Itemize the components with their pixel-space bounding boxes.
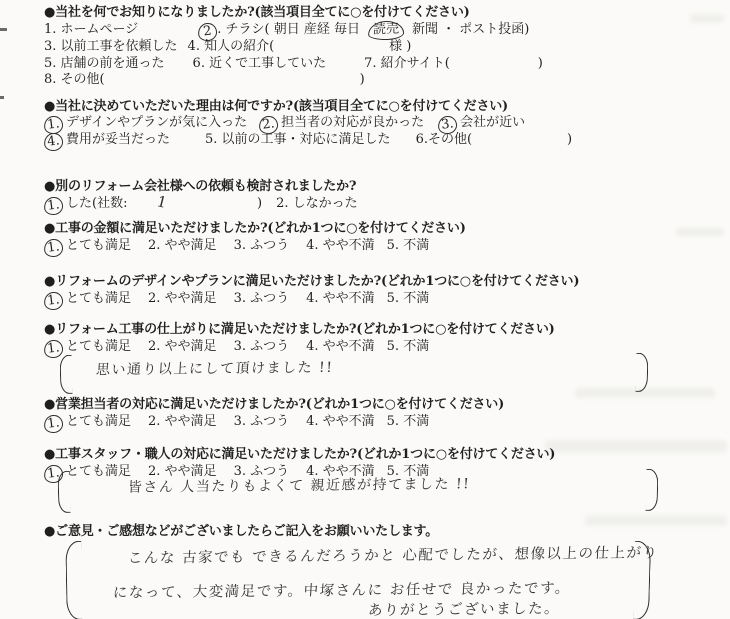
q4-option-4: 4. やや不満 xyxy=(306,237,375,254)
q7-option-2: 2. やや満足 xyxy=(148,413,217,430)
q5-option-2: 2. やや満足 xyxy=(148,290,217,307)
q2-options-row-2: 4.費用が妥当だった5. 以前の工事・対応に満足した6.その他() xyxy=(44,131,572,151)
scan-smudge xyxy=(545,440,727,453)
q6-option-1-number: 1. xyxy=(46,340,60,356)
q5-option-1: とても満足 xyxy=(66,290,131,307)
q8-title: ●工事スタッフ・職人の対応に満足いただけましたか?(どれか1つに○を付けてくださ… xyxy=(44,446,555,463)
q1-options-row-2: 3. 以前工事を依頼した4. 知人の紹介(様 ) xyxy=(44,38,411,55)
q4-selected-circled-number: 1. xyxy=(43,238,64,258)
scan-edge-mark xyxy=(0,96,4,99)
q1-option-5: 5. 店舗の前を通った xyxy=(44,55,165,72)
q1-option-2-rest: 新聞 ・ ポスト投函) xyxy=(412,21,529,38)
q3-option-1-close: ) xyxy=(257,195,262,212)
q7-option-1: とても満足 xyxy=(66,413,131,430)
q6-option-2: 2. やや満足 xyxy=(148,338,217,355)
q5-option-4: 4. やや不満 xyxy=(306,290,375,307)
q3-option-1-number: 1. xyxy=(46,197,60,213)
q6-selected-circled-number: 1. xyxy=(43,339,64,359)
q1-option-2-label: . チラシ( 朝日 産経 毎日 xyxy=(217,21,360,38)
q6-handwritten-note: 思い通り以上にして頂けました !! xyxy=(95,360,333,379)
q5-options-row: 1.とても満足2. やや満足3. ふつう4. やや不満5. 不満 xyxy=(44,290,429,310)
q5-selected-circled-number: 1. xyxy=(43,291,64,311)
q4-option-2: 2. やや満足 xyxy=(148,237,217,254)
q1-option-3: 3. 以前工事を依頼した xyxy=(44,38,178,55)
q1-option-7-close: ) xyxy=(538,55,543,72)
q6-title: ●リフォーム工事の仕上がりに満足いただけましたか?(どれか1つに○を付けてくださ… xyxy=(44,321,555,338)
q7-selected-circled-number: 1. xyxy=(43,414,64,434)
q6-note-open-bracket xyxy=(59,355,72,394)
q1-option-6: 6. 近くで工事していた xyxy=(193,55,327,72)
scan-smudge xyxy=(690,14,724,23)
q7-option-5: 5. 不満 xyxy=(387,413,430,430)
q1-options-row-3: 5. 店舗の前を通った6. 近くで工事していた7. 紹介サイト() xyxy=(44,55,543,72)
q8-option-1: とても満足 xyxy=(66,463,131,480)
q8-option-2: 2. やや満足 xyxy=(148,463,217,480)
q5-title: ●リフォームのデザインやプランに満足いただけましたか?(どれか1つに○を付けてく… xyxy=(44,273,579,290)
scanned-survey-page: ●当社を何でお知りになりましたか?(該当項目全てに○を付けてください) 1. ホ… xyxy=(0,0,730,619)
q6-option-4: 4. やや不満 xyxy=(306,338,375,355)
q2-option-1-label: デザインやプランが気に入った xyxy=(66,114,247,131)
q1-options-row-4: 8. その他() xyxy=(44,71,365,88)
q9-comment-line-1: こんな 古家でも できるんだろうかと 心配でしたが、想像以上の仕上がり xyxy=(127,545,659,568)
q6-note-close-bracket xyxy=(635,353,648,392)
q6-option-1: とても満足 xyxy=(66,338,131,355)
q1-option-8-close: ) xyxy=(360,71,365,88)
q7-options-row: 1.とても満足2. やや満足3. ふつう4. やや不満5. 不満 xyxy=(44,413,429,433)
q5-option-1-number: 1. xyxy=(46,292,60,308)
q1-option-7: 7. 紹介サイト( xyxy=(364,55,450,72)
q3-option-2: 2. しなかった xyxy=(276,195,358,212)
q6-option-3: 3. ふつう xyxy=(234,338,290,355)
q1-yomiuri-label: 読売 xyxy=(373,22,400,38)
q6-options-row: 1.とても満足2. やや満足3. ふつう4. やや不満5. 不満 xyxy=(44,338,429,358)
q6-option-5: 5. 不満 xyxy=(387,338,430,355)
q2-option-5: 5. 以前の工事・対応に満足した xyxy=(205,131,391,148)
scan-smudge xyxy=(585,515,727,526)
q3-title: ●別のリフォーム会社様への依頼も検討されましたか? xyxy=(44,178,356,195)
q8-note-open-bracket xyxy=(57,471,70,513)
q2-option-6: 6.その他( xyxy=(416,131,472,148)
q2-option-4-number: 4. xyxy=(46,133,60,149)
q2-option-4-circled-number: 4. xyxy=(43,132,64,152)
q5-option-3: 3. ふつう xyxy=(234,290,290,307)
q4-options-row: 1.とても満足2. やや満足3. ふつう4. やや不満5. 不満 xyxy=(44,237,429,257)
q2-option-6-close: ) xyxy=(567,131,572,148)
q1-option-1: 1. ホームページ xyxy=(44,21,138,38)
scan-smudge xyxy=(575,388,715,398)
q4-option-1: とても満足 xyxy=(66,237,131,254)
q8-handwritten-note: 皆さん 人当たりもよくて 親近感が持てました !! xyxy=(127,476,470,497)
q9-comment-line-2: になって、大変満足です。中塚さんに お任せで 良かったです。 xyxy=(112,581,571,603)
q4-option-5: 5. 不満 xyxy=(387,237,430,254)
q7-option-1-number: 1. xyxy=(46,415,60,431)
q7-option-3: 3. ふつう xyxy=(234,413,290,430)
q3-option-1-circled-number: 1. xyxy=(43,196,64,216)
q2-option-4-label: 費用が妥当だった xyxy=(66,131,170,148)
q9-comment-line-3: ありがとうございました。 xyxy=(367,601,560,619)
q1-option-8: 8. その他( xyxy=(44,71,105,88)
q7-title: ●営業担当者の対応に満足いただけましたか?(どれか1つに○を付けてください) xyxy=(44,396,504,413)
q2-option-3-label: 会社が近い xyxy=(460,114,525,131)
q3-options-row: 1.した(社数:1)2. しなかった xyxy=(44,194,358,215)
q4-option-3: 3. ふつう xyxy=(234,237,290,254)
q3-option-1-label: した(社数: xyxy=(66,195,127,212)
q9-comment-open-paren xyxy=(65,541,82,619)
q1-option-4-suffix: 様 ) xyxy=(389,38,411,55)
q9-title: ●ご意見・ご感想などがございましたらご記入をお願いいたします。 xyxy=(44,523,438,540)
q1-option-4: 4. 知人の紹介( xyxy=(188,38,275,55)
q7-option-4: 4. やや不満 xyxy=(306,413,375,430)
q3-company-count-handwritten: 1 xyxy=(156,193,169,212)
q4-option-1-number: 1. xyxy=(46,239,60,255)
q8-note-close-bracket xyxy=(645,469,658,511)
q4-title: ●工事の金額に満足いただけましたか?(どれか1つに○を付けてください) xyxy=(44,220,466,237)
scan-smudge xyxy=(676,228,724,236)
q2-title: ●当社に決めていただいた理由は何ですか?(該当項目全てに○を付けてください) xyxy=(44,98,508,115)
q5-option-5: 5. 不満 xyxy=(387,290,430,307)
q2-option-2-label: 担当者の対応が良かった xyxy=(281,114,424,131)
scan-edge-mark xyxy=(0,28,7,31)
q1-title: ●当社を何でお知りになりましたか?(該当項目全てに○を付けてください) xyxy=(44,4,470,21)
